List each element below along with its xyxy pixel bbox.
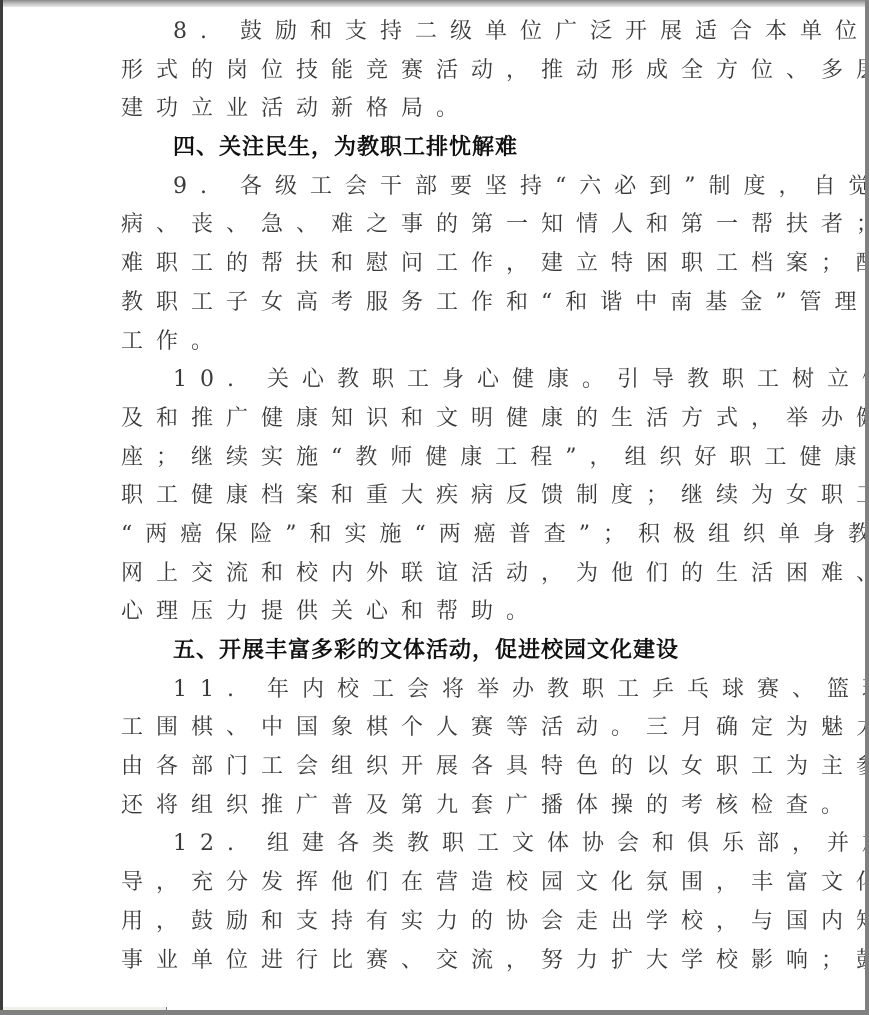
- section-heading-4: 四、关注民生，为教职工排忧解难: [121, 129, 761, 168]
- text-line: 导，充分发挥他们在营造校园文化氛围，丰富文化生活上的作: [121, 864, 753, 903]
- text-line: 还将组织推广普及第九套广播体操的考核检查。: [121, 787, 753, 826]
- text-line: 由各部门工会组织开展各具特色的以女职工为主参加的活动。: [121, 748, 753, 787]
- window-frame-bottom: [0, 1010, 869, 1015]
- text-line: 座；继续实施“教师健康工程”，组织好职工健康体检，建立: [121, 439, 753, 478]
- text-line: 9. 各级工会干部要坚持“六必到”制度，自觉成为职工: [121, 168, 753, 207]
- window-frame-top: [0, 0, 869, 7]
- text-line: 病、丧、急、难之事的第一知情人和第一帮扶者；继续做好困: [121, 206, 753, 245]
- window-frame-right: [865, 0, 869, 1015]
- section-heading-5: 五、开展丰富多彩的文体活动，促进校园文化建设: [121, 632, 761, 671]
- text-line: 12. 组建各类教职工文体协会和俱乐部，并加强管理和指: [121, 825, 753, 864]
- text-line: 建功立业活动新格局。: [121, 90, 753, 129]
- text-line: 8. 鼓励和支持二级单位广泛开展适合本单位实际的多种: [121, 13, 753, 52]
- document-content: 8. 鼓励和支持二级单位广泛开展适合本单位实际的多种 形式的岗位技能竞赛活动，推…: [121, 13, 761, 980]
- text-line: 用，鼓励和支持有实力的协会走出学校，与国内知名高校和企: [121, 903, 753, 942]
- paragraph-11: 11. 年内校工会将举办教职工乒乓球赛、篮球赛以及教职 工围棋、中国象棋个人赛等…: [121, 671, 761, 826]
- document-page: 8. 鼓励和支持二级单位广泛开展适合本单位实际的多种 形式的岗位技能竞赛活动，推…: [3, 7, 865, 1010]
- text-line: “两癌保险”和实施“两癌普查”；积极组织单身教职工参加: [121, 516, 753, 555]
- text-line: 11. 年内校工会将举办教职工乒乓球赛、篮球赛以及教职: [121, 671, 753, 710]
- paragraph-10: 10. 关心教职工身心健康。引导教职工树立健康意识，普 及和推广健康知识和文明健…: [121, 361, 761, 632]
- paragraph-9: 9. 各级工会干部要坚持“六必到”制度，自觉成为职工 病、丧、急、难之事的第一知…: [121, 168, 761, 361]
- text-line: 心理压力提供关心和帮助。: [121, 593, 753, 632]
- horizontal-scrollbar-thumb[interactable]: [3, 1007, 167, 1010]
- text-line: 工围棋、中国象棋个人赛等活动。三月确定为魅力女性活动月，: [121, 709, 753, 748]
- text-line: 工作。: [121, 323, 753, 362]
- text-line: 教职工子女高考服务工作和“和谐中南基金”管理、资助评定: [121, 284, 753, 323]
- text-line: 难职工的帮扶和慰问工作，建立特困职工档案；配合学校做好: [121, 245, 753, 284]
- text-line: 10. 关心教职工身心健康。引导教职工树立健康意识，普: [121, 361, 753, 400]
- text-line: 事业单位进行比赛、交流，努力扩大学校影响；鼓励和支持校: [121, 942, 753, 981]
- text-line: 形式的岗位技能竞赛活动，推动形成全方位、多层次、广覆盖: [121, 52, 753, 91]
- text-line: 及和推广健康知识和文明健康的生活方式，举办健康知识讲: [121, 400, 753, 439]
- paragraph-8: 8. 鼓励和支持二级单位广泛开展适合本单位实际的多种 形式的岗位技能竞赛活动，推…: [121, 13, 761, 129]
- text-line: 职工健康档案和重大疾病反馈制度；继续为女职工购买女性: [121, 477, 753, 516]
- text-line: 网上交流和校内外联谊活动，为他们的生活困难、情感困惑和: [121, 555, 753, 594]
- window-frame-left: [0, 0, 3, 1015]
- paragraph-12: 12. 组建各类教职工文体协会和俱乐部，并加强管理和指 导，充分发挥他们在营造校…: [121, 825, 761, 980]
